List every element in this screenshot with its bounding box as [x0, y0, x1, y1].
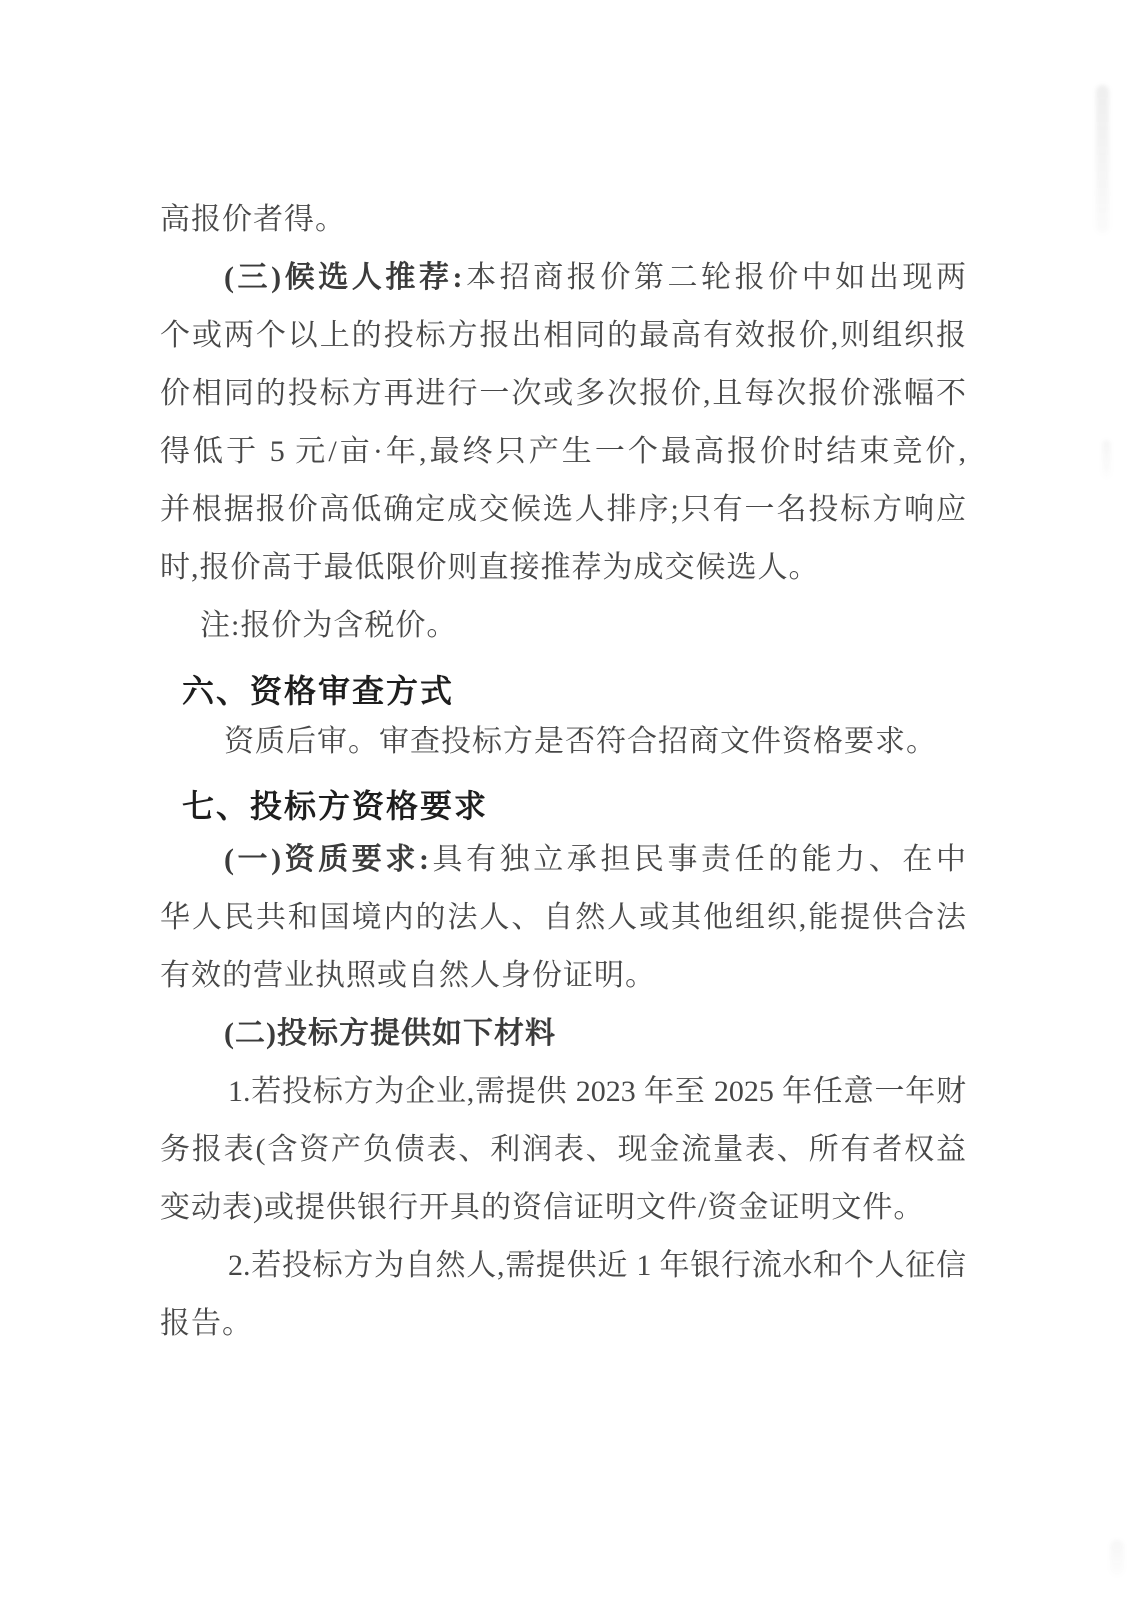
document-page: 高报价者得。(三)候选人推荐:本招商报价第二轮报价中如出现两个或两个以上的投标方…	[0, 0, 1131, 1600]
page-content: 高报价者得。(三)候选人推荐:本招商报价第二轮报价中如出现两个或两个以上的投标方…	[160, 0, 966, 1353]
line-item-2-end: 报告。	[160, 1295, 966, 1353]
line-item-1-end: 变动表)或提供银行开具的资信证明文件/资金证明文件。	[160, 1179, 966, 1237]
line-item-1: 务报表(含资产负债表、利润表、现金流量表、所有者权益	[160, 1121, 966, 1179]
scan-artifact	[1110, 1540, 1124, 1576]
line-section-6-body: 资质后审。审查投标方是否符合招商文件资格要求。	[160, 713, 966, 771]
scan-artifact	[1096, 85, 1109, 233]
line-clause-1-start: (一)资质要求:具有独立承担民事责任的能力、在中	[160, 831, 966, 889]
scan-artifact	[1102, 440, 1111, 478]
heading-section-7: 七、投标方资格要求	[160, 784, 966, 828]
line-clause-3-end: 时,报价高于最低限价则直接推荐为成交候选人。	[160, 539, 966, 597]
line-clause-1: 华人民共和国境内的法人、自然人或其他组织,能提供合法	[160, 889, 966, 947]
line-clause-1-end: 有效的营业执照或自然人身份证明。	[160, 947, 966, 1005]
line-clause-3: 个或两个以上的投标方报出相同的最高有效报价,则组织报	[160, 307, 966, 365]
line-clause-3: 并根据报价高低确定成交候选人排序;只有一名投标方响应	[160, 481, 966, 539]
document-lines: 高报价者得。(三)候选人推荐:本招商报价第二轮报价中如出现两个或两个以上的投标方…	[160, 191, 966, 1353]
line-item-2-start: 2.若投标方为自然人,需提供近 1 年银行流水和个人征信	[160, 1237, 966, 1295]
line-note: 注:报价为含税价。	[160, 597, 966, 655]
line-paragraph-end: 高报价者得。	[160, 191, 966, 249]
line-clause-3-start: (三)候选人推荐:本招商报价第二轮报价中如出现两	[160, 249, 966, 307]
line-clause-3: 价相同的投标方再进行一次或多次报价,且每次报价涨幅不	[160, 365, 966, 423]
line-clause-2-heading: (二)投标方提供如下材料	[160, 1005, 966, 1063]
line-clause-3: 得低于 5 元/亩·年,最终只产生一个最高报价时结束竞价,	[160, 423, 966, 481]
line-item-1-start: 1.若投标方为企业,需提供 2023 年至 2025 年任意一年财	[160, 1063, 966, 1121]
heading-section-6: 六、资格审查方式	[160, 669, 966, 713]
